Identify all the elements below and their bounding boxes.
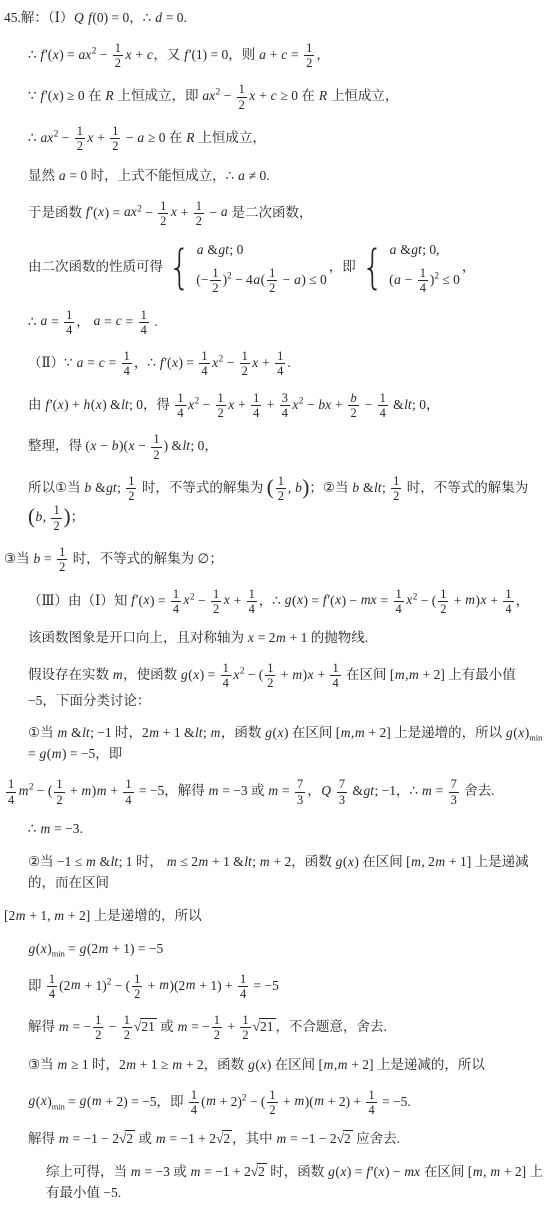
fraction: 14 <box>366 1088 376 1118</box>
solution-line: ∴ m = −3. <box>4 819 544 840</box>
fraction: 12 <box>438 587 448 617</box>
fraction: 12 <box>57 545 67 575</box>
solution-line: 解得 m = −12 − 12√21 或 m = −12 + 12√21，不合题… <box>4 1013 544 1043</box>
case-row: a &gt; 0, <box>389 240 460 261</box>
solution-line: ∵ f′(x) ≥ 0 在 R 上恒成立，即 ax2 − 12x + c ≥ 0… <box>4 82 544 112</box>
fraction: 12 <box>240 1013 250 1043</box>
solution-line: g(x)min = g(m + 2) = −5，即 14(m + 2)2 − (… <box>4 1088 544 1118</box>
fraction: 12 <box>110 124 120 154</box>
fraction: 14 <box>64 308 74 338</box>
fraction: 14 <box>199 349 209 379</box>
fraction: 73 <box>295 777 305 807</box>
solution-line: [2m + 1, m + 2] 上是递增的，所以 <box>4 906 544 927</box>
fraction: 12 <box>75 124 85 154</box>
fraction: 14 <box>122 349 132 379</box>
solution-line: ③当 b = 12 时，不等式的解集为 ∅； <box>4 545 544 575</box>
solution-line: 整理，得 (x − b)(x − 12) &lt; 0， <box>4 432 544 462</box>
solution-line: 假设存在实数 m，使函数 g(x) = 14x2 − (12 + m)x + 1… <box>4 661 544 711</box>
left-brace: { <box>361 247 383 288</box>
fraction: 14 <box>139 308 149 338</box>
fraction: 14 <box>171 587 181 617</box>
solution-line: 所以①当 b &gt; 12 时，不等式的解集为 (12, b)；②当 b &l… <box>4 474 544 533</box>
fraction: 14 <box>330 661 340 691</box>
solution-document: 45.解：（Ⅰ）Q f(0) = 0，∴ d = 0.∴ f′(x) = ax2… <box>0 0 550 1224</box>
fraction: 12 <box>267 266 277 296</box>
case-row: (a − 14)2 ≤ 0 <box>389 266 460 296</box>
solution-line: 14m2 − (12 + m)m + 14 = −5，解得 m = −3 或 m… <box>4 777 544 807</box>
solution-line: （Ⅱ）∵ a = c = 14，∴ f′(x) = 14x2 − 12x + 1… <box>4 349 544 379</box>
solution-line: （Ⅲ）由（Ⅰ）知 f′(x) = 14x2 − 12x + 14，∴ g(x) … <box>4 587 544 617</box>
fraction: 14 <box>189 1088 199 1118</box>
fraction: 34 <box>280 391 290 421</box>
sqrt: √2 <box>216 1131 232 1146</box>
solution-line: 显然 a = 0 时，上式不能恒成立，∴ a ≠ 0. <box>4 166 544 187</box>
fraction: 12 <box>122 1013 132 1043</box>
sqrt: √2 <box>251 1164 267 1179</box>
fraction: 14 <box>247 587 257 617</box>
fraction: 14 <box>378 391 388 421</box>
case-row: (−12)2 − 4a(12 − a) ≤ 0 <box>196 266 327 296</box>
fraction: 73 <box>449 777 459 807</box>
solution-line: ①当 m &lt; −1 时，2m + 1 &lt; m，函数 g(x) 在区间… <box>4 723 544 765</box>
fraction: 12 <box>216 391 226 421</box>
line-text: ， <box>462 259 476 274</box>
sqrt: √21 <box>253 1019 276 1034</box>
fraction: 12 <box>113 41 123 71</box>
fraction: 14 <box>6 777 16 807</box>
fraction: 14 <box>175 391 185 421</box>
cases-group: {a &gt; 0(−12)2 − 4a(12 − a) ≤ 0 <box>165 240 327 295</box>
fraction: 14 <box>251 391 261 421</box>
sqrt: √2 <box>337 1131 353 1146</box>
sqrt: √21 <box>134 1019 157 1034</box>
case-row: a &gt; 0 <box>196 240 327 261</box>
solution-line: 由 f′(x) + h(x) &lt; 0，得 14x2 − 12x + 14 … <box>4 391 544 421</box>
fraction: 12 <box>51 503 61 533</box>
cases-group: {a &gt; 0,(a − 14)2 ≤ 0 <box>358 240 460 295</box>
solution-line: g(x)min = g(2m + 1) = −5 <box>4 939 544 960</box>
solution-line: 该函数图象是开口向上，且对称轴为 x = 2m + 1 的抛物线. <box>4 628 544 649</box>
fraction: 14 <box>47 972 57 1002</box>
solution-line: ∴ ax2 − 12x + 12 − a ≥ 0 在 R 上恒成立， <box>4 124 544 154</box>
solution-line: 综上可得，当 m = −3 或 m = −1 + 2√2 时，函数 g(x) =… <box>4 1162 544 1204</box>
fraction: 12 <box>194 199 204 229</box>
fraction: 12 <box>126 474 136 504</box>
left-brace: { <box>169 247 191 288</box>
fraction: 12 <box>304 41 314 71</box>
fraction: 12 <box>54 777 64 807</box>
cases-rows: a &gt; 0(−12)2 − 4a(12 − a) ≤ 0 <box>196 240 327 295</box>
fraction: 14 <box>221 661 231 691</box>
fraction: 73 <box>337 777 347 807</box>
solution-line: ③当 m ≥ 1 时，2m + 1 ≥ m + 2，函数 g(x) 在区间 [m… <box>4 1055 544 1076</box>
solution-line: ∴ f′(x) = ax2 − 12x + c，又 f′(1) = 0，则 a … <box>4 41 544 71</box>
solution-line: ②当 −1 ≤ m &lt; 1 时， m ≤ 2m + 1 &lt; m + … <box>4 852 544 894</box>
line-text: ，即 <box>329 259 356 274</box>
fraction: b2 <box>348 391 359 421</box>
fraction: 12 <box>237 82 247 112</box>
line-text: 由二次函数的性质可得 <box>28 259 163 274</box>
solution-line: 即 14(2m + 1)2 − (12 + m)(2m + 1) + 14 = … <box>4 972 544 1002</box>
fraction: 12 <box>211 587 221 617</box>
cases-rows: a &gt; 0,(a − 14)2 ≤ 0 <box>389 240 460 295</box>
fraction: 12 <box>210 266 220 296</box>
solution-line: 解得 m = −1 − 2√2 或 m = −1 + 2√2，其中 m = −1… <box>4 1129 544 1150</box>
fraction: 12 <box>240 349 250 379</box>
solution-line: 于是函数 f′(x) = ax2 − 12x + 12 − a 是二次函数， <box>4 199 544 229</box>
fraction: 12 <box>276 474 286 504</box>
fraction: 12 <box>151 432 161 462</box>
fraction: 12 <box>158 199 168 229</box>
fraction: 12 <box>212 1013 222 1043</box>
fraction: 14 <box>123 777 133 807</box>
fraction: 12 <box>132 972 142 1002</box>
fraction: 14 <box>394 587 404 617</box>
fraction: 12 <box>93 1013 103 1043</box>
solution-line: ∴ a = 14， a = c = 14 . <box>4 308 544 338</box>
solution-line: 45.解：（Ⅰ）Q f(0) = 0，∴ d = 0. <box>4 8 544 29</box>
fraction: 12 <box>391 474 401 504</box>
fraction: 14 <box>238 972 248 1002</box>
solution-line: 由二次函数的性质可得{a &gt; 0(−12)2 − 4a(12 − a) ≤… <box>4 240 544 295</box>
fraction: 14 <box>503 587 513 617</box>
sqrt: √2 <box>119 1131 135 1146</box>
fraction: 12 <box>265 661 275 691</box>
fraction: 14 <box>418 266 428 296</box>
fraction: 12 <box>267 1088 277 1118</box>
fraction: 14 <box>275 349 285 379</box>
